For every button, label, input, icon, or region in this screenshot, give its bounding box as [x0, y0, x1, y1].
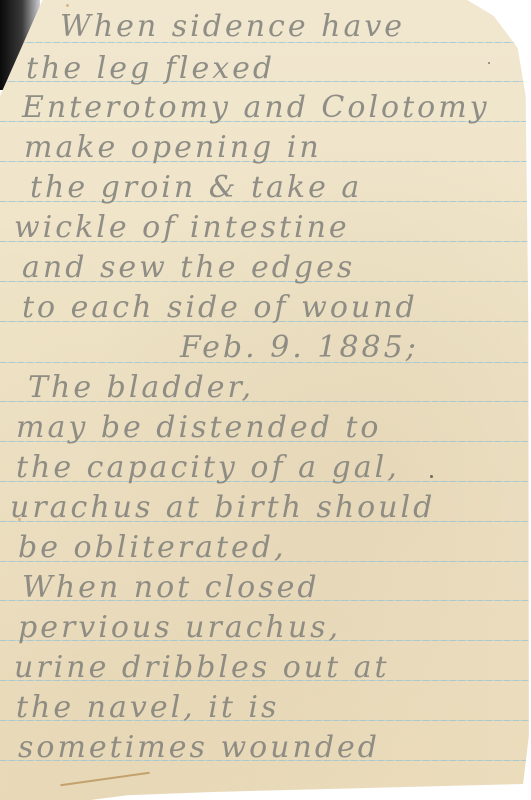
text-line-6: wickle of intestine [14, 213, 350, 243]
text-line-1: When sidence have [60, 12, 405, 42]
text-line-17: urine dribbles out at [14, 653, 390, 683]
text-line-2: the leg flexed [26, 54, 275, 84]
text-line-3: Enterotomy and Colotomy [22, 93, 490, 123]
handwritten-text: When sidence have the leg flexed Enterot… [0, 0, 531, 800]
scanned-page: When sidence have the leg flexed Enterot… [0, 0, 531, 800]
text-line-11: may be distended to [16, 413, 381, 443]
text-line-16: pervious urachus, [18, 613, 341, 643]
text-line-8: to each side of wound [22, 293, 418, 323]
text-line-13: urachus at birth should [10, 493, 435, 523]
text-line-18: the navel, it is [16, 693, 279, 723]
text-line-5: the groin & take a [30, 173, 362, 203]
text-line-15: When not closed [22, 573, 320, 603]
text-line-19: sometimes wounded [18, 733, 380, 763]
text-line-12: the capacity of a gal, [16, 453, 400, 483]
text-line-7: and sew the edges [22, 253, 355, 283]
date-line: Feb. 9. 1885; [180, 333, 419, 363]
text-line-14: be obliterated, [18, 533, 287, 563]
text-line-10: The bladder, [28, 373, 254, 403]
text-line-4: make opening in [24, 133, 322, 163]
